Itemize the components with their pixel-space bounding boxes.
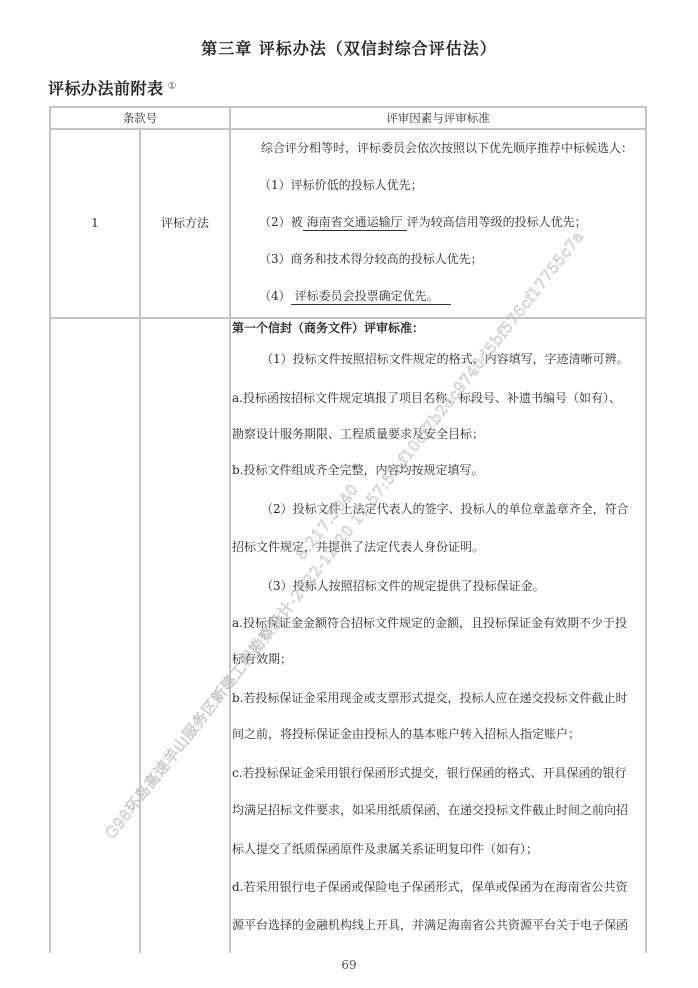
row1-clause-no: 1 bbox=[49, 216, 141, 230]
section-title: 评标办法前附表① bbox=[48, 76, 177, 99]
row1-item2-prefix: （2）被 bbox=[259, 215, 303, 229]
row2-line-1: （1）投标文件按照招标文件规定的格式、内容填写，字迹清晰可辨。 bbox=[261, 352, 629, 366]
row2-line-10: b.若投标保证金采用现金或支票形式提交，投标人应在递交投标文件截止时 bbox=[232, 691, 628, 705]
row1-clause-name: 评标方法 bbox=[141, 216, 229, 230]
row2-line-7: （3）投标人按照招标文件的规定提供了投标保证金。 bbox=[261, 579, 545, 593]
row2-line-6: 招标文件规定，并提供了法定代表人身份证明。 bbox=[232, 540, 484, 554]
table-border-top bbox=[49, 106, 647, 108]
row2-line-12: c.若投标保证金采用银行保函形式提交，银行保函的格式、开具保函的银行 bbox=[232, 766, 627, 780]
row2-line-2: a.投标函按招标文件规定填报了项目名称、标段号、补遗书编号（如有）、 bbox=[232, 391, 621, 405]
row1-intro: 综合评分相等时，评标委员会依次按照以下优先顺序推荐中标候选人： bbox=[261, 141, 633, 155]
row2-line-0: 第一个信封（商务文件）评审标准： bbox=[232, 321, 424, 335]
row2-line-15: d.若采用银行电子保函或保险电子保函形式，保单或保函为在海南省公共资 bbox=[232, 880, 628, 894]
row1-item1: （1）评标价低的投标人优先； bbox=[259, 178, 423, 192]
row2-line-13: 均满足招标文件要求，如采用纸质保函，在递交投标文件截止时间之前向招 bbox=[232, 803, 628, 817]
row2-line-8: a.投标保证金金额符合招标文件规定的金额，且投标保证金有效期不少于投 bbox=[232, 616, 627, 630]
footnote-marker[interactable]: ① bbox=[168, 81, 177, 92]
row1-item4-method-field: 评标委员会投票确定优先。 bbox=[291, 289, 451, 305]
row1-item2-suffix: 评为较高信用等级的投标人优先； bbox=[407, 215, 587, 229]
row1-item2: （2）被海南省交通运输厅评为较高信用等级的投标人优先； bbox=[259, 215, 587, 231]
header-clause-no: 条款号 bbox=[49, 111, 231, 125]
row2-line-4: b.投标文件组成齐全完整，内容均按规定填写。 bbox=[232, 463, 484, 477]
row2-line-9: 标有效期； bbox=[232, 652, 292, 666]
row2-line-3: 勘察设计服务期限、工程质量要求及安全目标； bbox=[232, 427, 484, 441]
header-criteria: 评审因素与评审标准 bbox=[231, 111, 645, 125]
page-number: 69 bbox=[0, 958, 698, 972]
evaluation-method-table: 条款号 评审因素与评审标准 1 评标方法 综合评分相等时，评标委员会依次按照以下… bbox=[49, 106, 647, 953]
row1-item2-authority-field: 海南省交通运输厅 bbox=[303, 215, 407, 231]
table-col-divider-1 bbox=[139, 128, 141, 953]
section-title-text: 评标办法前附表 bbox=[48, 79, 164, 98]
row2-line-16: 源平台选择的金融机构线上开具，并满足海南省公共资源平台关于电子保函 bbox=[232, 918, 628, 932]
row1-item3: （3）商务和技术得分较高的投标人优先； bbox=[259, 252, 483, 266]
chapter-title: 第三章 评标办法（双信封综合评估法） bbox=[0, 36, 698, 59]
row1-item4-prefix: （4） bbox=[259, 289, 291, 303]
table-col-divider-2 bbox=[229, 106, 231, 953]
row1-item4: （4）评标委员会投票确定优先。 bbox=[259, 289, 451, 305]
table-border-left bbox=[49, 106, 51, 953]
table-border-right bbox=[645, 106, 647, 953]
row2-line-11: 间之前，将投标保证金由投标人的基本账户转入招标人指定账户； bbox=[232, 727, 580, 741]
row2-line-14: 标人提交了纸质保函原件及隶属关系证明复印件（如有）； bbox=[232, 842, 538, 856]
row2-line-5: （2）投标文件上法定代表人的签字、投标人的单位章盖章齐全，符合 bbox=[261, 502, 629, 516]
